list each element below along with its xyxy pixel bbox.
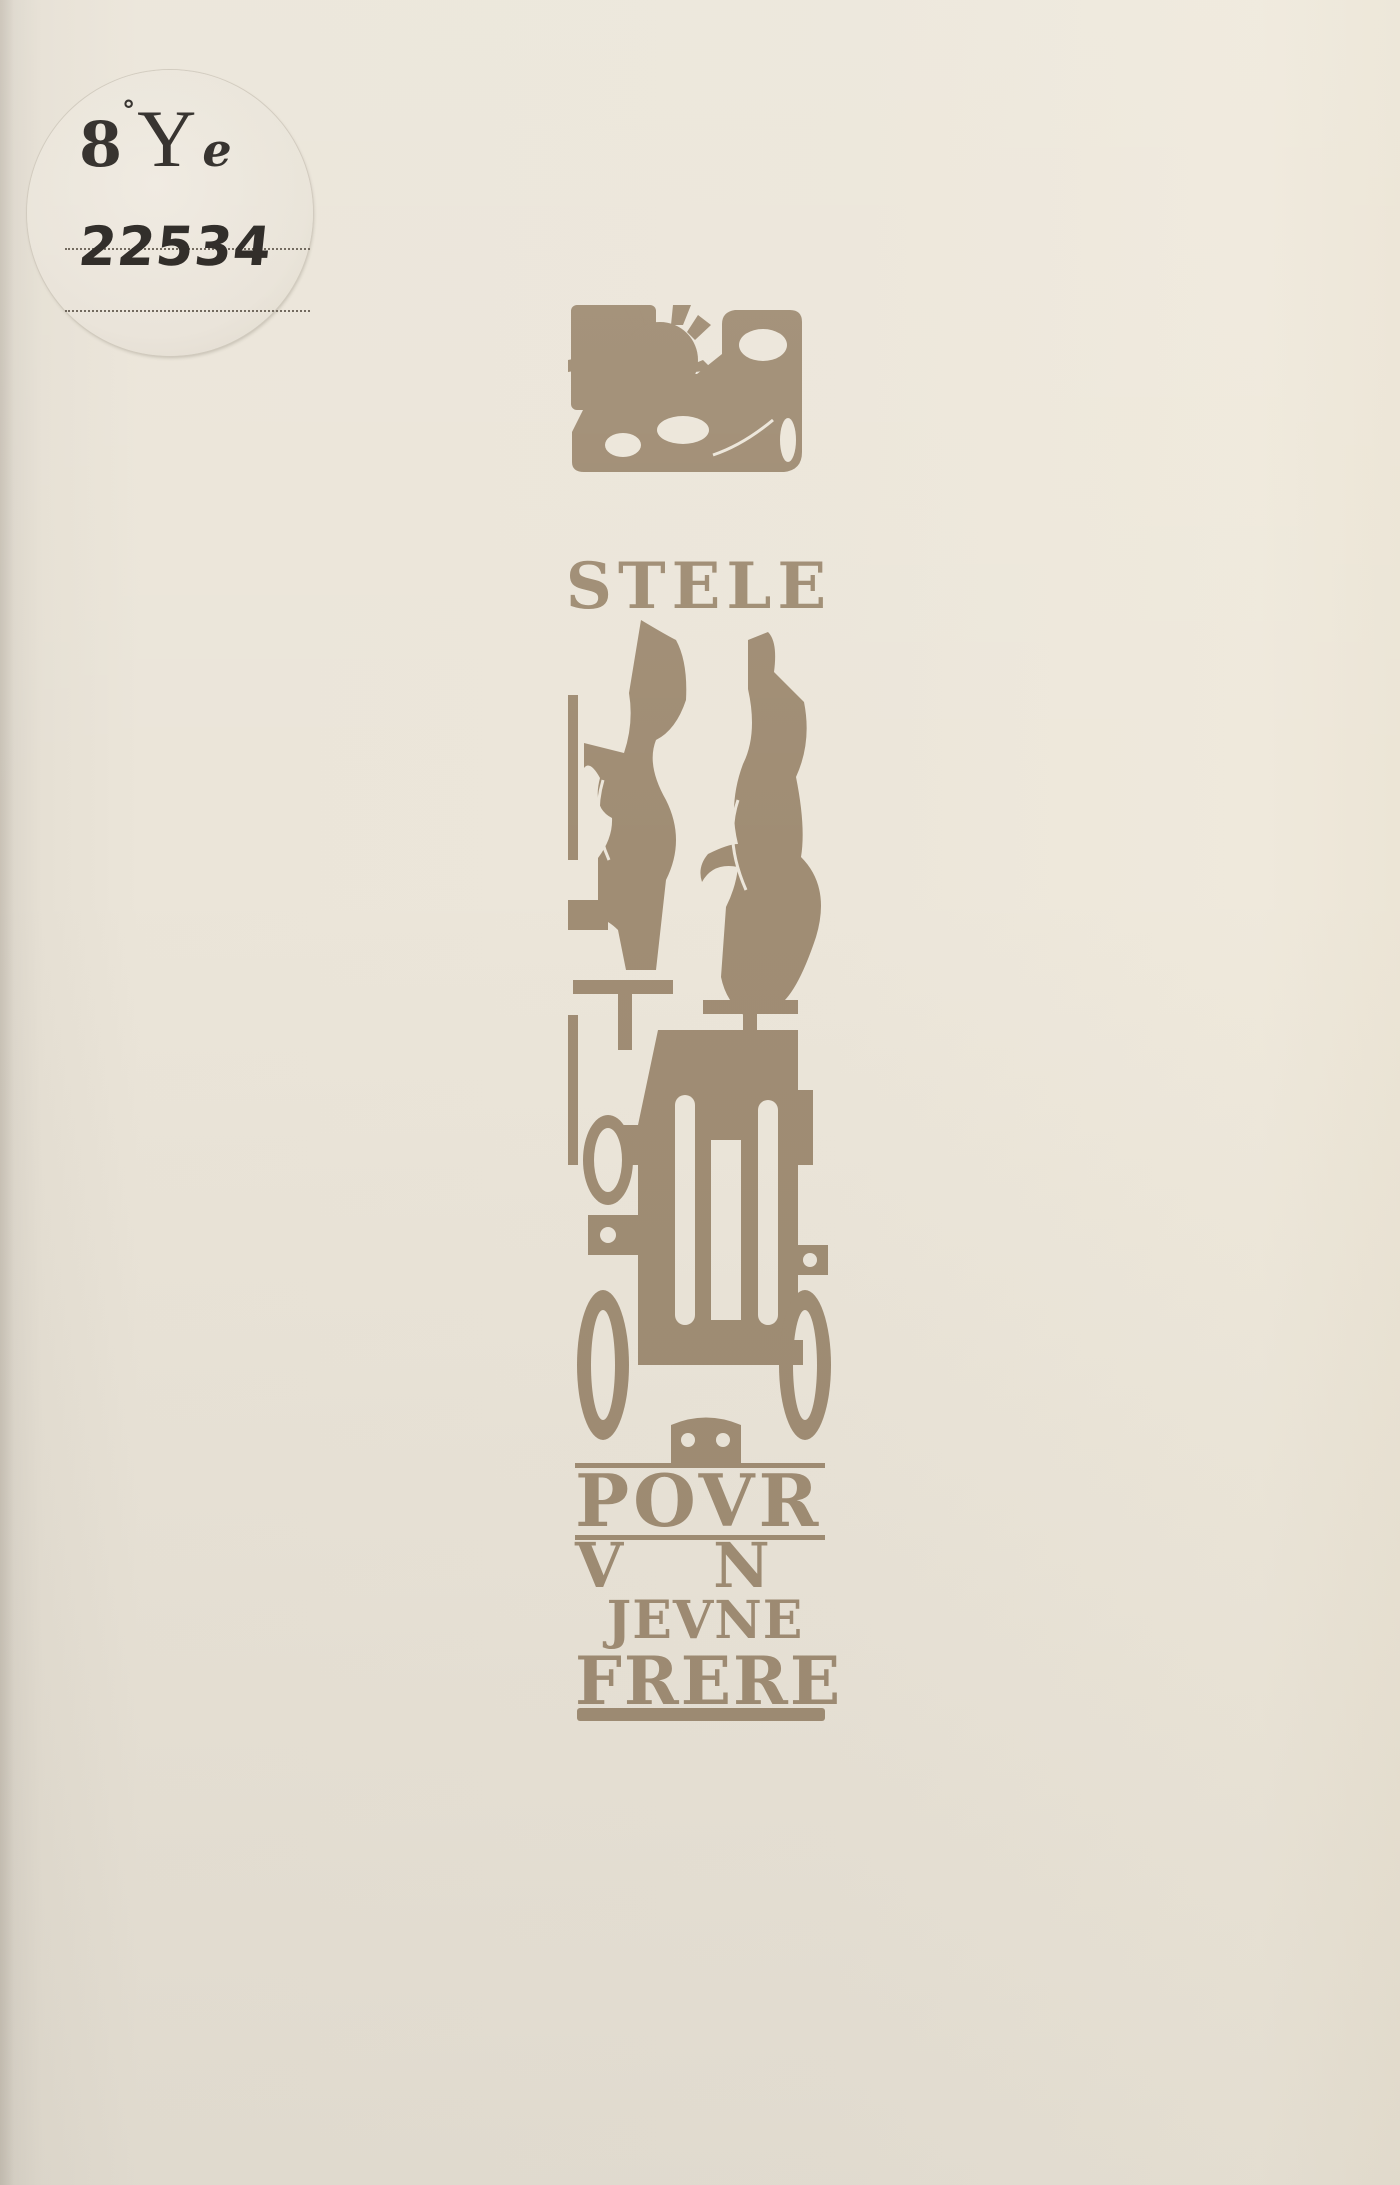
shelfmark-degree: ° — [122, 96, 135, 126]
shelfmark-series-suffix: e — [202, 123, 231, 177]
paper-edge — [0, 0, 14, 2185]
title-word-pour: POVR — [575, 1465, 825, 1537]
title-word-un: VN — [575, 1535, 825, 1597]
title-rule-bottom — [577, 1708, 825, 1721]
title-word-frere: FRERE — [575, 1648, 825, 1714]
title-word-jeune: JEVNE — [595, 1595, 815, 1647]
label-dotted-line — [65, 310, 310, 312]
title-word-stele: STELE — [563, 555, 835, 619]
library-shelfmark-label: 8°Ye 22534 — [27, 70, 313, 356]
shelfmark-call-number: 22534 — [76, 220, 312, 274]
automobile-icon — [568, 980, 831, 1465]
sun-reclining-figure-icon — [568, 305, 802, 472]
shelfmark-series-letter: Y — [137, 93, 196, 184]
shelfmark-format: 8 — [79, 108, 122, 181]
standing-figures-icon — [568, 620, 821, 1017]
shelfmark-series: 8°Ye — [79, 98, 232, 180]
